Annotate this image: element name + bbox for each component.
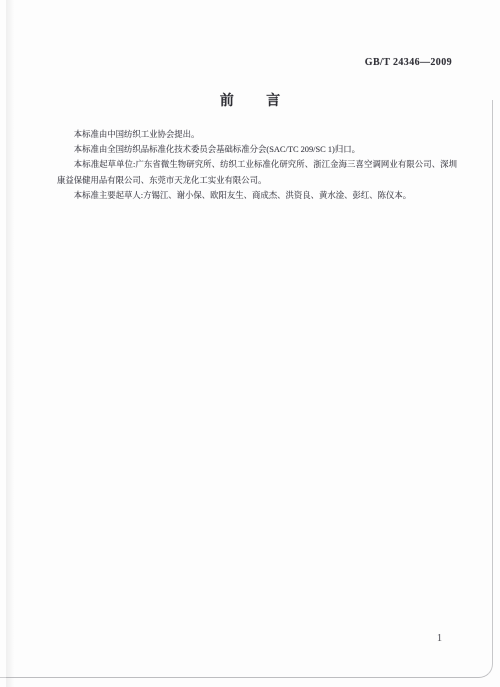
scanned-document-page: GB/T 24346—2009 前言 本标准由中国纺织工业协会提出。 本标准由全… bbox=[0, 0, 500, 687]
standard-code: GB/T 24346—2009 bbox=[365, 57, 452, 68]
foreword-paragraph: 本标准主要起草人:方锡江、谢小保、欧阳友生、商成杰、洪资良、黄水淦、彭红、陈仪本… bbox=[57, 188, 457, 203]
foreword-paragraph: 本标准起草单位:广东省微生物研究所、纺织工业标准化研究所、浙江金海三喜空调网业有… bbox=[57, 157, 457, 187]
foreword-body: 本标准由中国纺织工业协会提出。 本标准由全国纺织品标准化技术委员会基础标准分会(… bbox=[57, 127, 457, 203]
foreword-paragraph: 本标准由全国纺织品标准化技术委员会基础标准分会(SAC/TC 209/SC 1)… bbox=[57, 142, 457, 157]
page-title: 前言 bbox=[0, 90, 500, 110]
page-header: GB/T 24346—2009 bbox=[0, 52, 452, 70]
page-number: 1 bbox=[437, 633, 442, 644]
foreword-paragraph: 本标准由中国纺织工业协会提出。 bbox=[57, 127, 457, 142]
page-footer: 1 bbox=[0, 628, 442, 646]
